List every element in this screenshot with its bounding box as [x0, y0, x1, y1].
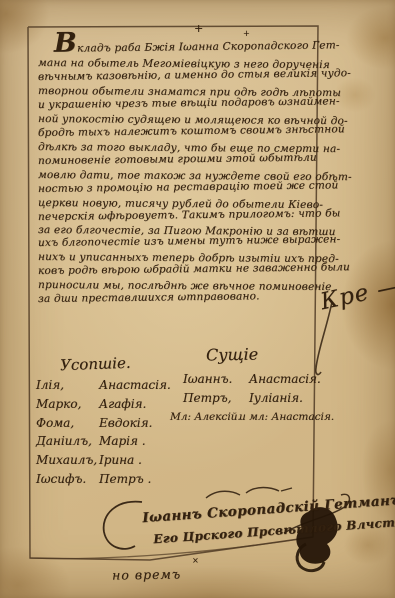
name-entry: Петръ .	[99, 470, 171, 489]
footer-cross-mark: ×	[192, 556, 199, 565]
name-entry: Анастасія.	[99, 376, 171, 395]
living-header: Сущіе	[206, 345, 258, 365]
deceased-header: Усопшіе.	[60, 354, 131, 374]
name-entry: Агафія.	[99, 395, 171, 414]
living-names-col1: Іωаннъ. Петръ, Мл: Алексій.	[183, 370, 241, 426]
name-entry: Ілія,	[36, 376, 97, 395]
top-cross-mark: +	[194, 22, 203, 35]
text-line: ковъ родѣ вѣрою ωбрадій матки не заважен…	[38, 261, 350, 277]
name-entry: Анастасія.	[249, 370, 334, 389]
signature-swash	[104, 502, 142, 549]
name-entry: Мл: Алексій.	[170, 408, 241, 427]
text-line: ностью з промоцію на реставрацію тоей же…	[38, 179, 339, 195]
name-entry: Іуліанія.	[249, 389, 334, 408]
text-line: и украшенію чрезъ тые вѣщіи подаровъ ωзн…	[38, 95, 340, 111]
text-line: за дши преставлшихся ωтправовано.	[38, 290, 260, 305]
living-names-col2: Анастасія. Іуліанія. и мл: Анастасія.	[249, 370, 334, 426]
name-entry: Ірина .	[99, 451, 171, 470]
name-entry: Петръ,	[183, 389, 241, 408]
name-entry: Марко,	[36, 395, 97, 414]
name-entry: Іωсифъ.	[36, 470, 97, 489]
name-entry: Михаилъ,	[36, 451, 97, 470]
name-entry: Даніилъ,	[36, 432, 97, 451]
name-entry: Евдокія.	[99, 414, 171, 433]
margin-note: Кре —	[318, 273, 395, 315]
ink-blot-tail	[297, 544, 324, 571]
name-entry: Марія .	[99, 432, 171, 451]
deceased-names-col1: Ілія, Марко, Фома, Даніилъ, Михаилъ, Іωс…	[36, 376, 97, 489]
name-entry: Фома,	[36, 414, 97, 433]
deceased-names-col2: Анастасія. Агафія. Евдокія. Марія . Ірин…	[99, 376, 171, 489]
footer-note: но времъ	[112, 566, 181, 582]
manuscript-page: + + Вкладъ раба Бжія Іωанна Скоропадског…	[0, 0, 395, 598]
text-line: ихъ блгопочестіе изъ имены тутъ ниже выр…	[38, 233, 341, 249]
text-line: поминовеніе готовыми грошми этой ωбытѣли	[38, 152, 317, 167]
text-line: вѣчнымъ казовѣнію, а именно до стыя вели…	[38, 67, 351, 83]
name-entry: и мл: Анастасія.	[239, 408, 334, 427]
text-line: бродѣ тыхъ належитъ коштомъ своимъ знѣст…	[38, 123, 345, 139]
text-line: Вкладъ раба Бжія Іωанна Скоропадского Ге…	[38, 36, 340, 55]
name-entry: Іωаннъ.	[183, 370, 241, 389]
text-line: печерскія ωфѣровуетъ. Такимъ прилогомъ: …	[38, 207, 341, 223]
signature-upper-flourish	[206, 488, 292, 499]
